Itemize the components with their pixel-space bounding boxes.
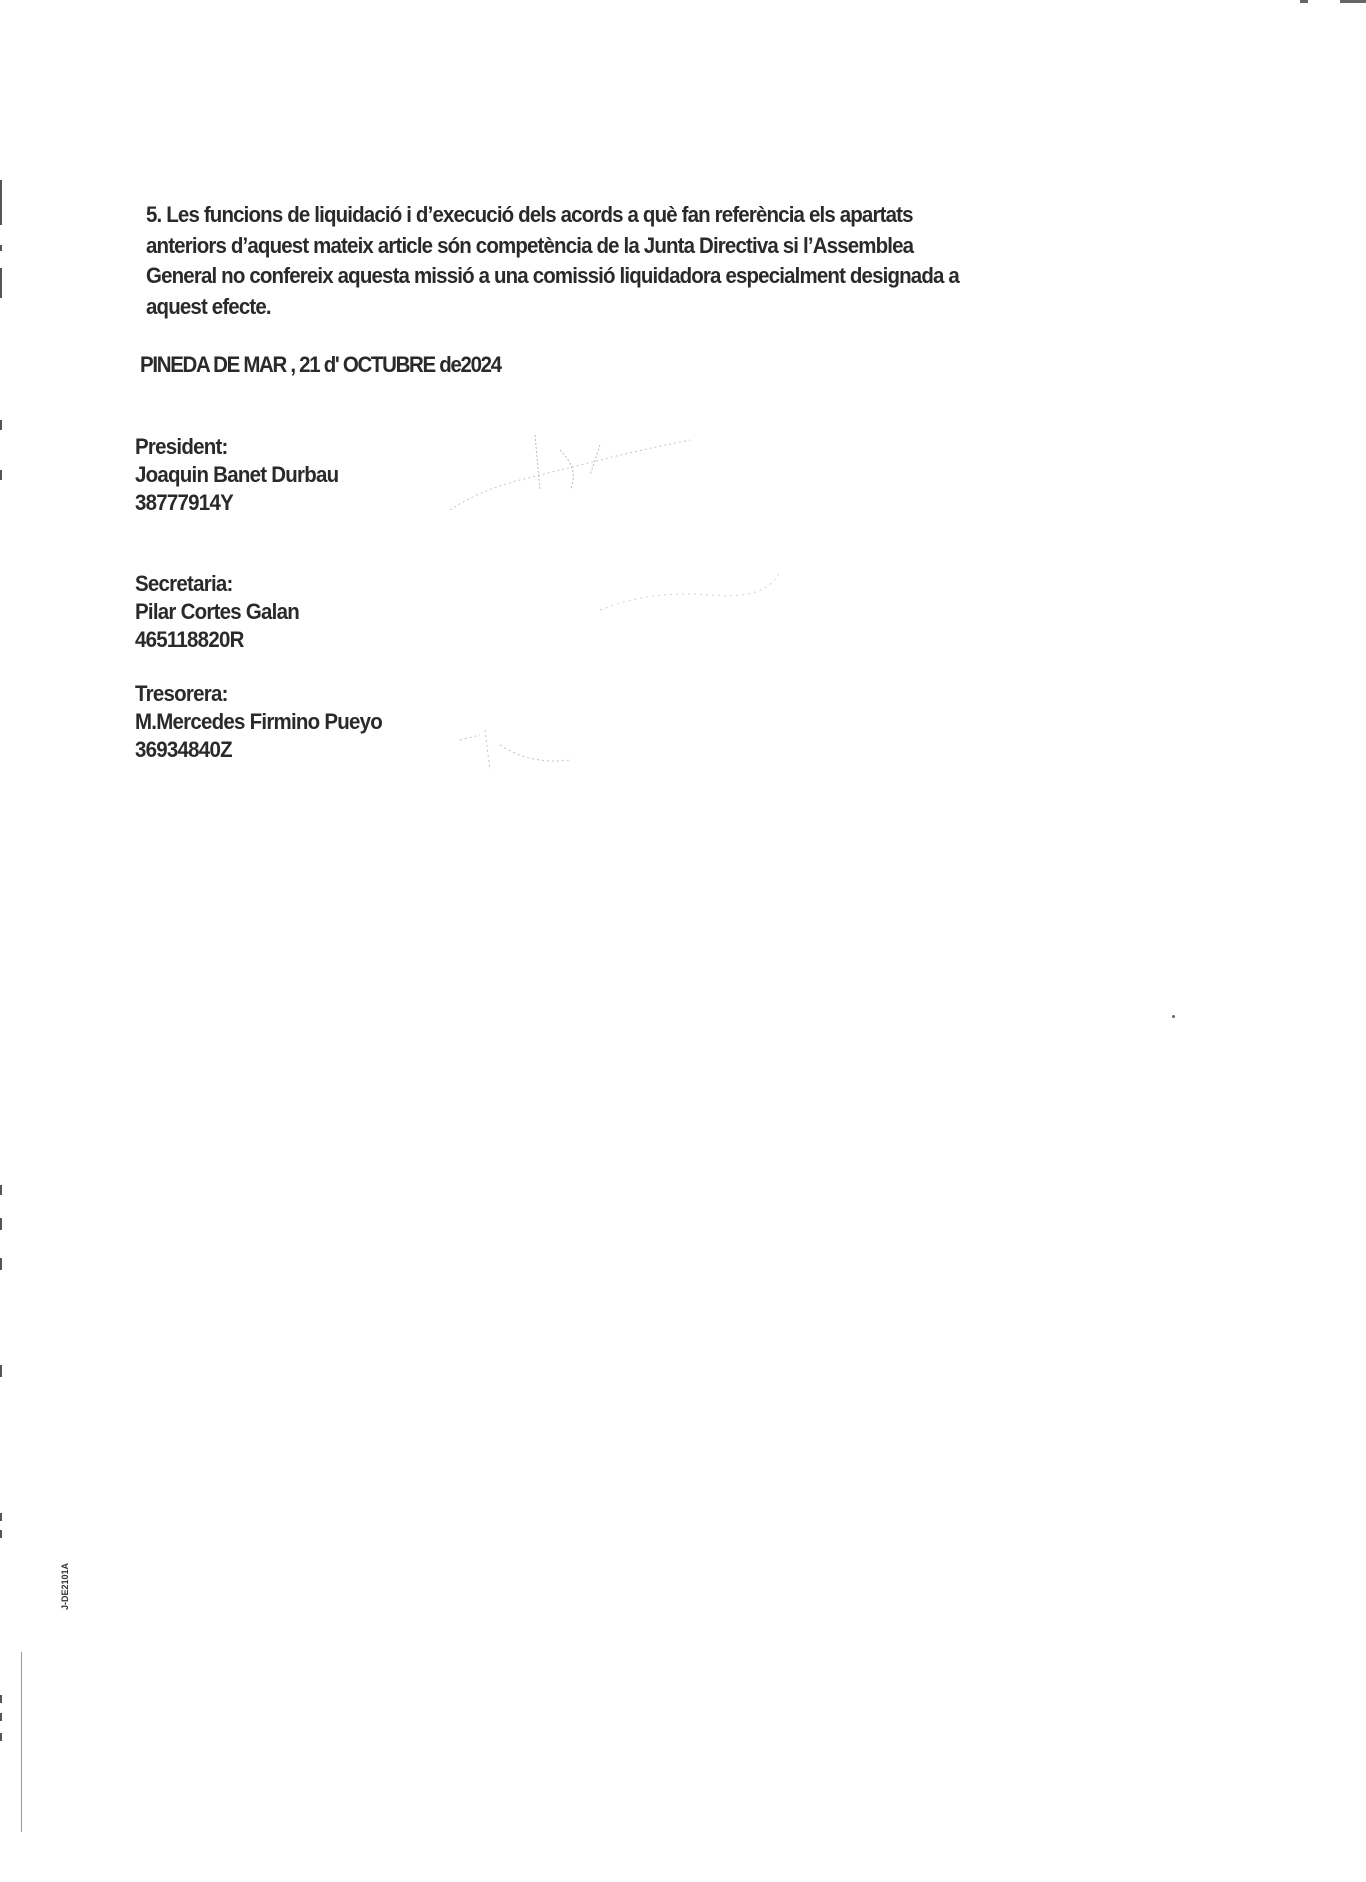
scan-edge-mark	[0, 245, 2, 251]
signatory-id: 36934840Z	[135, 736, 382, 764]
scan-edge-mark	[0, 1695, 2, 1703]
paragraph-line: General no confereix aquesta missió a un…	[146, 261, 1076, 292]
scan-edge-mark	[0, 180, 2, 225]
paragraph-line: anteriors d’aquest mateix article són co…	[146, 231, 1076, 262]
article-paragraph: 5. Les funcions de liquidació i d’execuc…	[146, 200, 1076, 322]
scan-edge-mark	[0, 420, 2, 430]
scan-edge-mark	[0, 1713, 2, 1721]
signatory-name: M.Mercedes Firmino Pueyo	[135, 708, 382, 736]
scan-edge-mark	[0, 1733, 2, 1741]
place-date: PINEDA DE MAR , 21 d' OCTUBRE de2024	[140, 352, 501, 378]
signatory-id: 38777914Y	[135, 489, 338, 517]
signatory-secretary: Secretaria: Pilar Cortes Galan 465118820…	[135, 570, 299, 654]
signatory-id: 465118820R	[135, 626, 299, 654]
signature-secretary	[590, 550, 790, 620]
signatory-name: Joaquin Banet Durbau	[135, 461, 338, 489]
scan-mark	[1340, 0, 1366, 3]
scan-edge-mark	[0, 1185, 2, 1195]
signatory-role: Secretaria:	[135, 570, 299, 598]
scan-edge-line	[21, 1652, 22, 1832]
form-code: J-DE2101A	[60, 1563, 70, 1610]
scanned-document-page: 5. Les funcions de liquidació i d’execuc…	[0, 0, 1366, 1882]
scan-edge-mark	[0, 470, 2, 480]
signatory-treasurer: Tresorera: M.Mercedes Firmino Pueyo 3693…	[135, 680, 382, 764]
scan-edge-mark	[0, 1218, 2, 1230]
signatory-role: President:	[135, 433, 338, 461]
scan-edge-mark	[0, 1513, 2, 1521]
scan-edge-mark	[0, 1258, 2, 1270]
scan-edge-mark	[0, 1530, 2, 1538]
scan-mark	[1300, 0, 1308, 3]
signature-treasurer	[450, 720, 590, 780]
paragraph-line: aquest efecte.	[146, 292, 1076, 323]
signatory-role: Tresorera:	[135, 680, 382, 708]
scan-edge-mark	[0, 268, 2, 298]
scan-speck	[1172, 1015, 1175, 1018]
signature-president	[440, 420, 720, 530]
paragraph-line: 5. Les funcions de liquidació i d’execuc…	[146, 200, 1076, 231]
signatory-president: President: Joaquin Banet Durbau 38777914…	[135, 433, 338, 517]
signatory-name: Pilar Cortes Galan	[135, 598, 299, 626]
scan-edge-mark	[0, 1365, 2, 1377]
